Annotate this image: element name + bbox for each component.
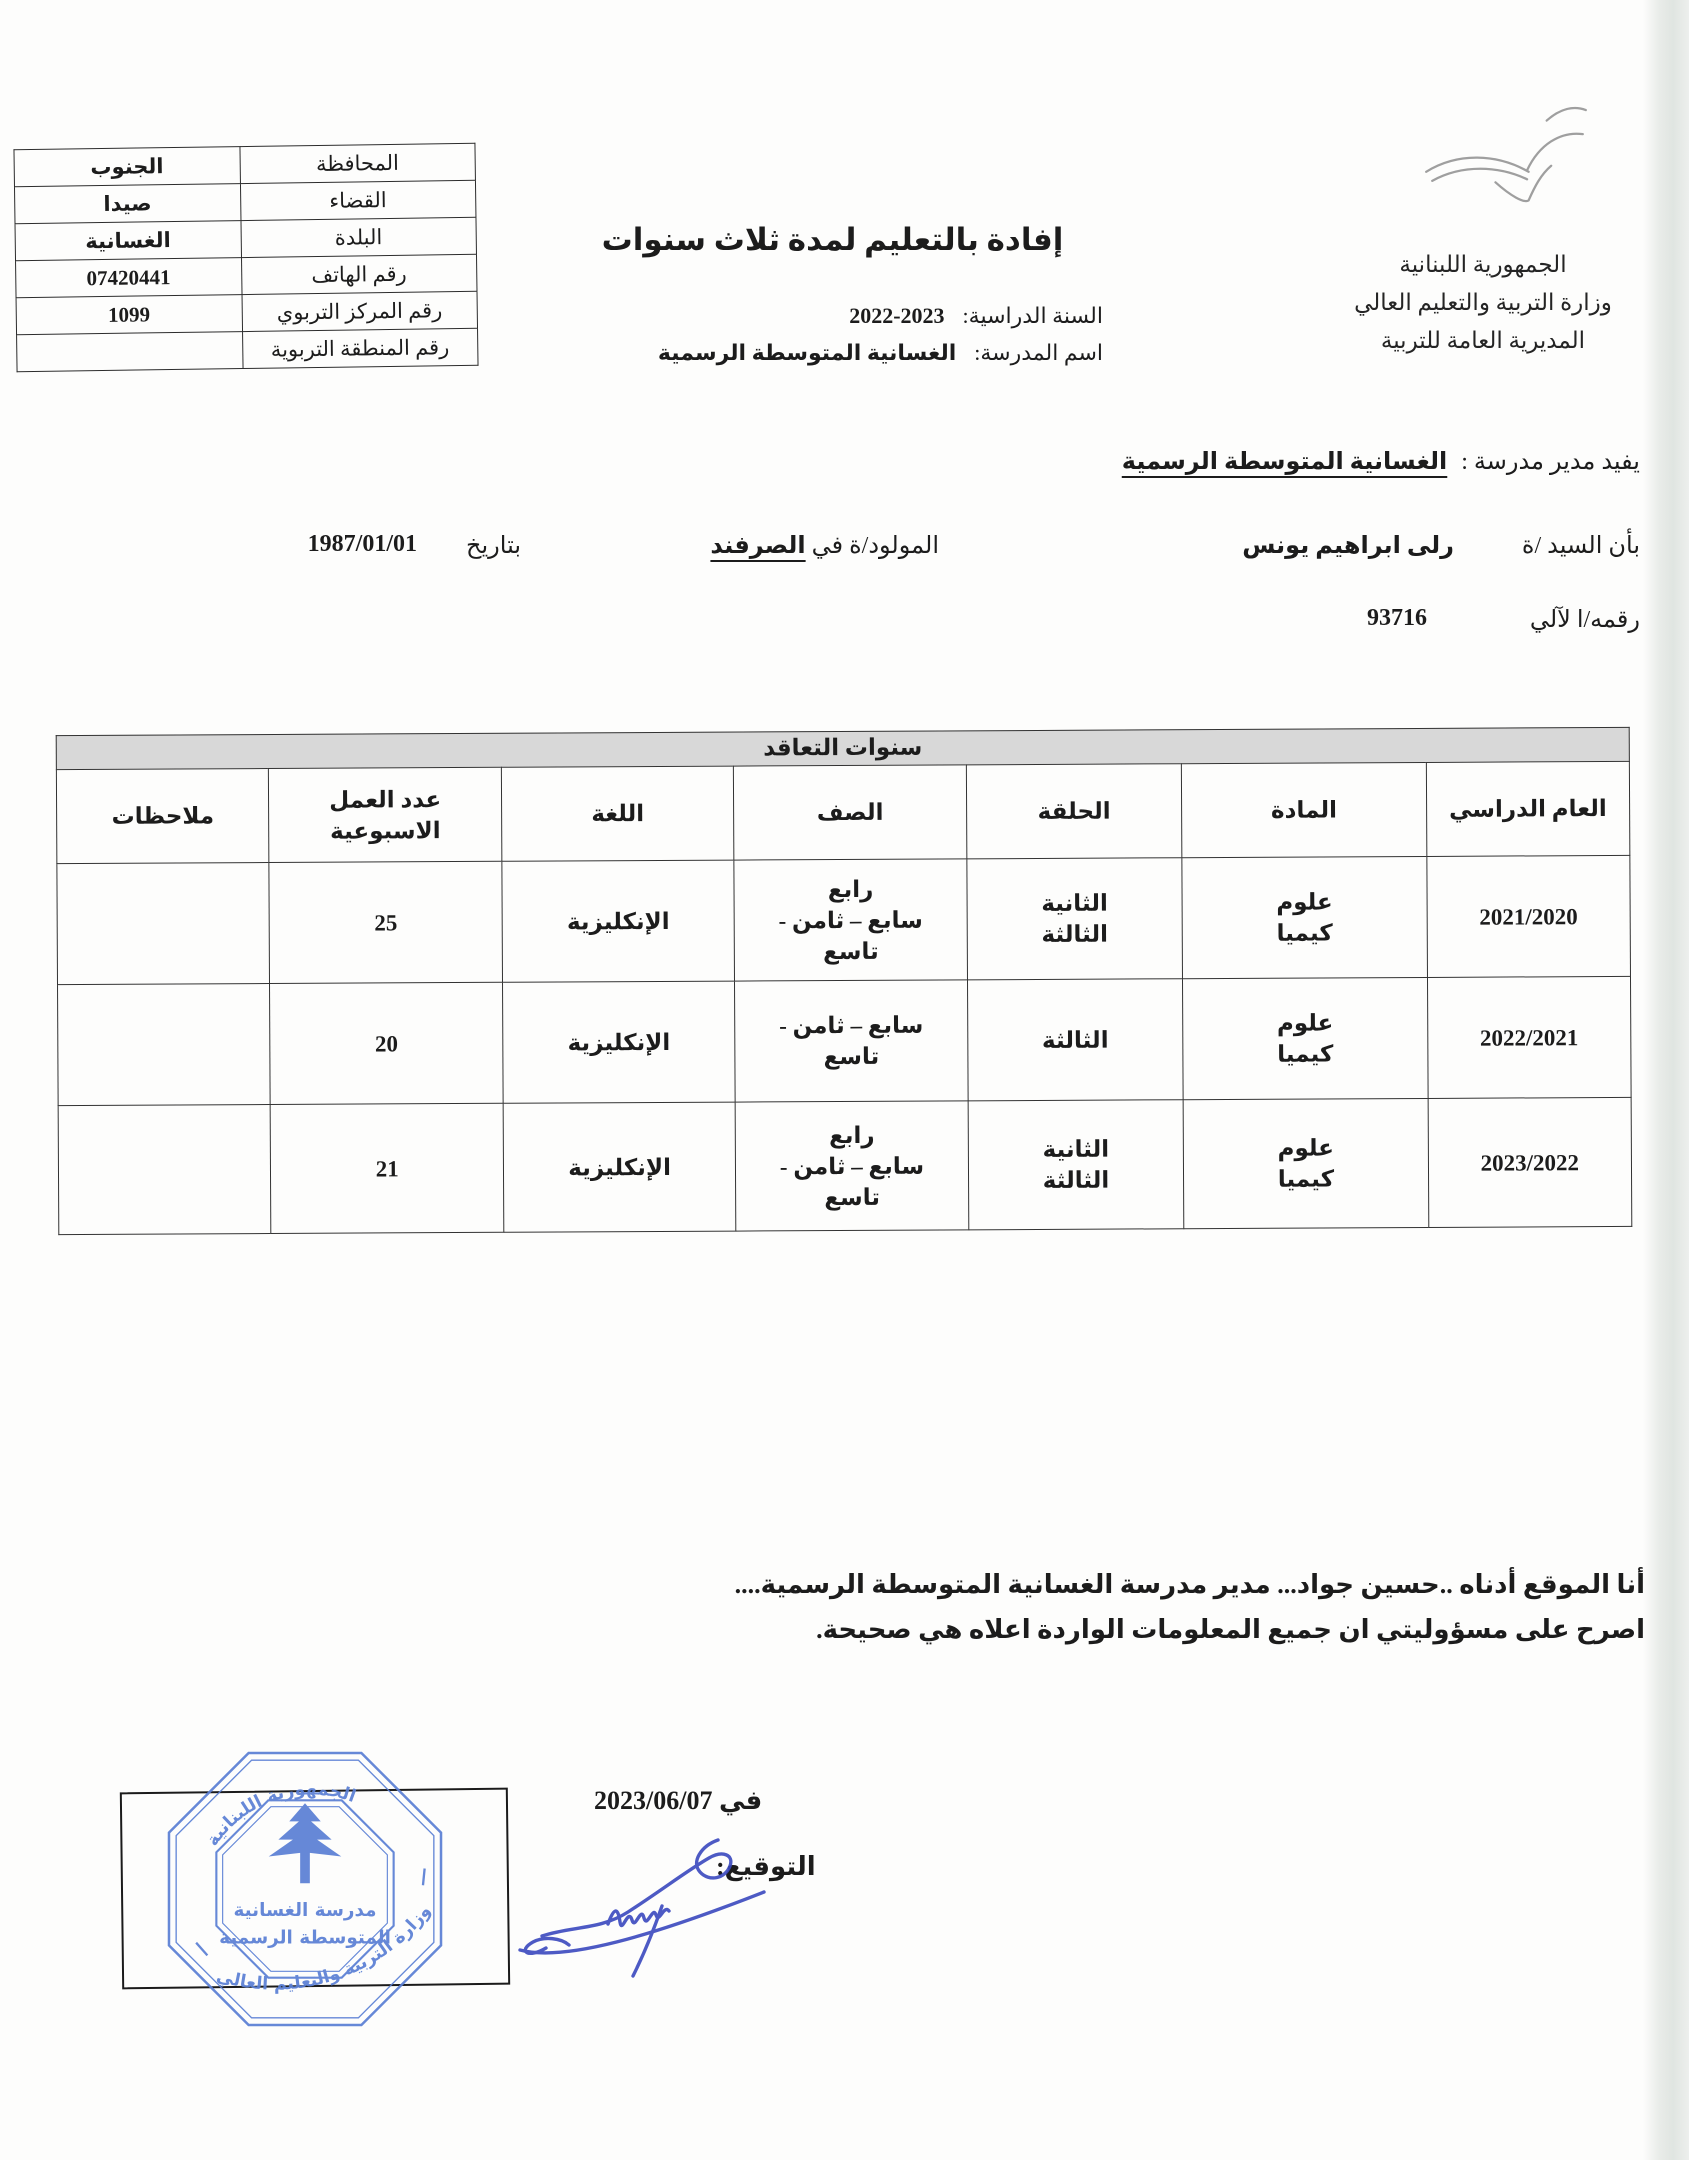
id-number: 93716 <box>1367 605 1427 632</box>
signature-icon <box>512 1808 802 1983</box>
person-name: رلى ابراهيم يونس <box>1242 531 1454 560</box>
cell-cycle: الثالثة <box>967 979 1183 1101</box>
cell-cycle: الثانية الثالثة <box>968 1100 1184 1230</box>
cell-grade: رابع سابع – ثامن - تاسع <box>734 859 967 981</box>
info-row-town: البلدة الغسانية <box>15 217 476 260</box>
cell-year: 2023/2022 <box>1428 1097 1632 1227</box>
info-label: القضاء <box>240 180 476 220</box>
cell-notes <box>57 863 270 985</box>
cell-subject: علوم كيميا <box>1182 856 1427 978</box>
info-value: 1099 <box>16 295 242 335</box>
info-row-district: القضاء صيدا <box>14 180 475 223</box>
cell-language: الإنكليزية <box>503 1102 736 1232</box>
ministry-line-republic: الجمهورية اللبنانية <box>1333 246 1633 284</box>
school-name-label: اسم المدرسة: <box>974 340 1103 365</box>
declaration-line-2: اصرح على مسؤوليتي ان جميع المعلومات الوا… <box>525 1607 1645 1652</box>
cell-language: الإنكليزية <box>502 981 735 1103</box>
cell-year: 2021/2020 <box>1426 855 1630 977</box>
cell-hours: 21 <box>271 1103 504 1233</box>
school-meta: السنة الدراسية:2023-2022 اسم المدرسة:الغ… <box>658 297 1103 371</box>
school-year-label: السنة الدراسية: <box>963 303 1103 328</box>
info-row-educational-zone: رقم المنطقة التربوية <box>17 328 478 371</box>
school-year-line: السنة الدراسية:2023-2022 <box>658 297 1103 334</box>
scan-edge-shadow <box>1643 0 1689 2160</box>
cell-language: الإنكليزية <box>502 860 735 982</box>
principal-school-name: الغسانية المتوسطة الرسمية <box>1122 449 1448 475</box>
cell-year: 2022/2021 <box>1427 976 1631 1098</box>
region-info-table: المحافظة الجنوب القضاء صيدا البلدة الغسا… <box>13 143 478 372</box>
school-year-value: 2023-2022 <box>849 303 944 328</box>
birthplace-value: الصرفند <box>710 533 805 559</box>
info-value: 07420441 <box>16 258 242 298</box>
declaration: أنا الموقع أدناه ..حسين جواد... مدير مدر… <box>525 1562 1645 1652</box>
info-label: رقم المركز التربوي <box>242 291 478 331</box>
declaration-line-1: أنا الموقع أدناه ..حسين جواد... مدير مدر… <box>525 1562 1645 1607</box>
document-page: الجمهورية اللبنانية وزارة التربية والتعل… <box>0 0 1689 2160</box>
contract-table-wrap: سنوات التعاقد العام الدراسي المادة الحلق… <box>56 727 1633 1235</box>
born-label: المولود/ة في <box>812 533 939 559</box>
cell-grade: رابع سابع – ثامن - تاسع <box>735 1101 968 1231</box>
ministry-header: الجمهورية اللبنانية وزارة التربية والتعل… <box>1333 246 1633 360</box>
contract-header-row: العام الدراسي المادة الحلقة الصف اللغة ع… <box>56 761 1629 863</box>
cell-hours: 20 <box>270 982 503 1104</box>
principal-line: يفيد مدير مدرسة :الغسانية المتوسطة الرسم… <box>1122 447 1640 476</box>
document-title: إفادة بالتعليم لمدة ثلاث سنوات <box>560 222 1105 258</box>
principal-label: يفيد مدير مدرسة : <box>1461 449 1640 475</box>
col-language: اللغة <box>501 766 734 861</box>
school-stamp-icon: مدرسة الغسانية المتوسطة الرسمية الجمهوري… <box>146 1734 464 2044</box>
birthdate-label: بتاريخ <box>466 531 521 560</box>
cell-notes <box>58 1105 271 1235</box>
ministry-line-ministry: وزارة التربية والتعليم العالي <box>1333 284 1633 322</box>
ministry-logo-icon <box>1412 98 1597 226</box>
birthplace-line: المولود/ة في الصرفند <box>710 531 939 560</box>
info-value <box>17 332 243 372</box>
col-subject: المادة <box>1182 762 1427 857</box>
id-label: رقمه/ا لآلي <box>1530 605 1640 634</box>
info-value: الجنوب <box>14 147 240 187</box>
stamp-school-name: مدرسة الغسانية <box>233 1900 376 1921</box>
info-row-governorate: المحافظة الجنوب <box>14 143 475 186</box>
info-value: الغسانية <box>15 221 241 261</box>
info-label: المحافظة <box>239 143 475 183</box>
info-label: البلدة <box>241 217 477 257</box>
ministry-line-directorate: المديرية العامة للتربية <box>1333 322 1633 360</box>
col-notes: ملاحظات <box>56 769 269 864</box>
info-label: رقم الهاتف <box>241 254 477 294</box>
cell-subject: علوم كيميا <box>1183 977 1428 1099</box>
stamp-school-name-2: المتوسطة الرسمية <box>219 1927 391 1948</box>
col-grade: الصف <box>734 765 967 860</box>
cell-notes <box>58 984 271 1106</box>
person-label: بأن السيد /ة <box>1522 531 1640 560</box>
school-name-line: اسم المدرسة:الغسانية المتوسطة الرسمية <box>658 334 1103 371</box>
col-school-year: العام الدراسي <box>1426 761 1630 856</box>
cedar-tree-icon <box>269 1803 342 1883</box>
cell-cycle: الثانية الثالثة <box>967 858 1183 980</box>
school-name-value: الغسانية المتوسطة الرسمية <box>658 340 956 365</box>
info-label: رقم المنطقة التربوية <box>242 328 478 368</box>
contract-row: 2023/2022 علوم كيميا الثانية الثالثة راب… <box>58 1097 1632 1234</box>
contract-row: 2021/2020 علوم كيميا الثانية الثالثة راب… <box>57 855 1631 984</box>
contract-row: 2022/2021 علوم كيميا الثالثة سابع – ثامن… <box>58 976 1632 1105</box>
birthdate-value: 1987/01/01 <box>308 531 417 558</box>
contract-table: العام الدراسي المادة الحلقة الصف اللغة ع… <box>56 761 1632 1235</box>
info-row-phone: رقم الهاتف 07420441 <box>16 254 477 297</box>
cell-hours: 25 <box>269 861 502 983</box>
info-row-center-number: رقم المركز التربوي 1099 <box>16 291 477 334</box>
cell-grade: سابع – ثامن - تاسع <box>735 980 968 1102</box>
info-value: صيدا <box>14 184 240 224</box>
col-cycle: الحلقة <box>966 764 1182 859</box>
col-weekly-hours: عدد العمل الاسبوعية <box>269 767 502 862</box>
cell-subject: علوم كيميا <box>1183 1098 1428 1228</box>
